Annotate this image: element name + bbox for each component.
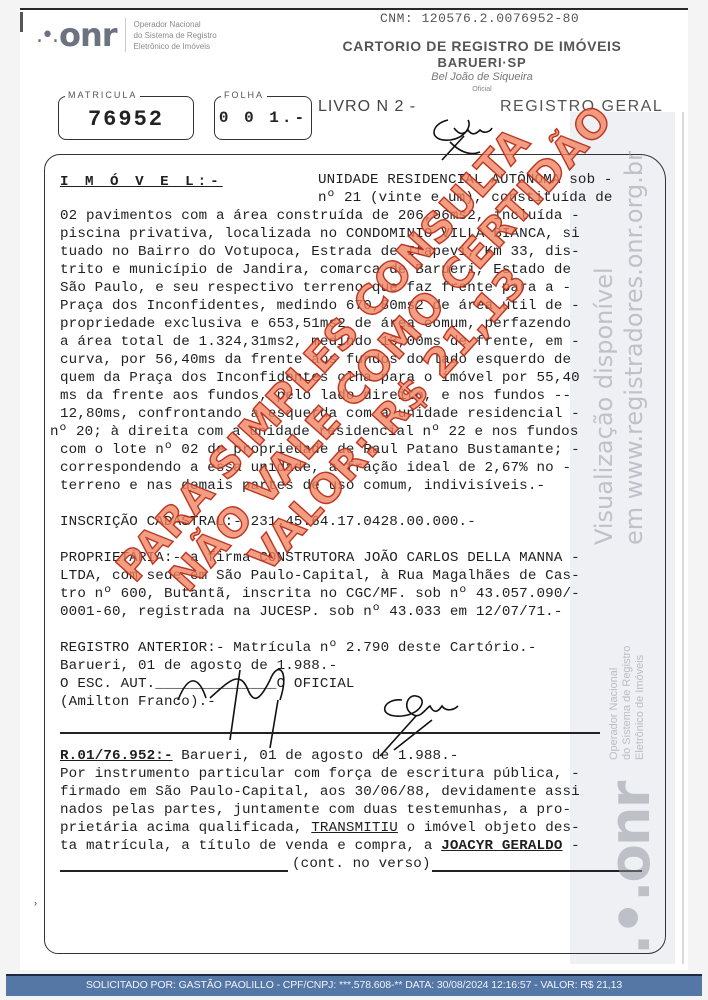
official-label: Oficial [312, 86, 652, 93]
imovel-line: a área total de 1.324,31ms2, medindo 13,… [60, 334, 580, 350]
imovel-line: 02 pavimentos com a área construída de 2… [60, 208, 580, 224]
folha-label: FOLHA [221, 90, 267, 100]
imovel-line: tuado no Bairro do Votupoca, Estrada de … [60, 244, 580, 260]
proprietaria-line: PROPRIETÁRIA:- a firma CONSTRUTORA JOÃO … [60, 550, 580, 566]
imovel-line: Praça dos Inconfidentes, medindo 670,80m… [60, 298, 580, 314]
livro-label: LIVRO N 2 - [318, 98, 416, 116]
r01-text: o imóvel objeto des- [398, 820, 580, 836]
r01-text: - [563, 838, 580, 854]
r01-line: prietária acima qualificada, TRANSMITIU … [60, 820, 580, 836]
availability-watermark-url: em www.registradores.onr.org.br [620, 151, 648, 545]
imovel-line: com o lote nº 02 de propriedade de Raul … [60, 442, 580, 458]
proprietaria-line: 0001-60, registrada na JUCESP. sob nº 43… [60, 604, 563, 620]
imovel-line: correspondendo a essa unidade, a fração … [60, 460, 571, 476]
buyer-name: JOACYR GERALDO [441, 838, 562, 854]
page-right-rule [682, 112, 684, 964]
imovel-line: São Paulo, e seu respectivo terreno que … [60, 280, 571, 296]
imovel-line: piscina privativa, localizada no CONDOMI… [60, 226, 580, 242]
registro-geral-label: REGISTRO GERAL [500, 98, 663, 116]
r01-line: Por instrumento particular com força de … [60, 766, 580, 782]
onr-caption-line: Operador Nacional [134, 19, 217, 30]
r01-line: ta matrícula, a título de venda e compra… [60, 838, 580, 854]
matricula-value: 76952 [59, 107, 193, 132]
imovel-line: nº 20; à direita com a unidade residenci… [50, 424, 579, 440]
imovel-line: curva, por 56,40ms da frente aos fundos … [60, 352, 571, 368]
imovel-line: trito e município de Jandira, comarca de… [60, 262, 571, 278]
page-edge-mark [20, 12, 23, 32]
r01-label: R.01/76.952:- [60, 748, 173, 764]
onr-caption-line: Eletrônico de Imóveis [134, 41, 217, 52]
r01-text: ta matrícula, a título de venda e compra… [60, 838, 441, 854]
r01-text: prietária acima qualificada, [60, 820, 311, 836]
logo-separator [125, 18, 126, 52]
imovel-label: I M Ó V E L:- [60, 174, 223, 190]
imovel-line: ms da frente aos fundos, pelo lado direi… [60, 388, 571, 404]
proprietaria-line: tro nº 600, Butantã, inscrita no CGC/MF.… [60, 586, 580, 602]
side-caption-line: do Sistema de Registro [621, 646, 634, 760]
r01-date: Barueri, 01 de agosto de 1.988.- [173, 748, 459, 764]
r01-line: firmado em São Paulo-Capital, aos 30/06/… [60, 784, 580, 800]
r01-header: R.01/76.952:- Barueri, 01 de agosto de 1… [60, 748, 459, 764]
onr-dots-icon: .•. [36, 23, 57, 48]
cnm-code: CNM: 120576.2.0076952-80 [380, 11, 579, 26]
side-caption-line: Eletrônico de Imóveis [634, 646, 647, 760]
onr-wordmark: onr [59, 19, 117, 51]
registry-title: CARTORIO DE REGISTRO DE IMÓVEIS [312, 38, 652, 54]
registry-city: BARUERI·SP [312, 55, 652, 70]
margin-tick: › [34, 898, 37, 908]
side-onr-logo: .•.onr [598, 783, 663, 955]
matricula-label: MATRICULA [65, 90, 140, 100]
side-caption-line: Operador Nacional [608, 646, 621, 760]
section-divider [60, 732, 600, 734]
official-name: Bel João de Siqueira [312, 71, 652, 83]
escrevente-signature-icon [170, 640, 320, 750]
imovel-line: propriedade exclusiva e 653,51ms2 de áre… [60, 316, 571, 332]
onr-caption: Operador Nacional do Sistema de Registro… [134, 19, 217, 52]
matricula-box: MATRICULA 76952 [58, 96, 194, 140]
r01-line: nados pelas partes, juntamente com duas … [60, 802, 571, 818]
folha-value: 0 0 1.- [215, 109, 311, 127]
imovel-line: UNIDADE RESIDENCIAL AUTÔNOMA sob - [318, 172, 613, 188]
onr-caption-line: do Sistema de Registro [134, 30, 217, 41]
transmitiu-text: TRANSMITIU [311, 820, 398, 836]
proprietaria-line: LTDA, com sede em São Paulo-Capital, à R… [60, 568, 580, 584]
cont-rule-left [60, 870, 288, 872]
imovel-line: nº 21 (vinte e um), constituída de [318, 190, 613, 206]
imovel-line: terreno e nas demais partes de uso comum… [60, 478, 545, 494]
inscricao-cadastral: INSCRIÇÃO CADASTRAL:- 231.45.64.17.0428.… [60, 514, 476, 530]
request-footer-bar: SOLICITADO POR: GASTÃO PAOLILLO - CPF/CN… [6, 974, 702, 996]
folha-box: FOLHA 0 0 1.- [214, 96, 312, 140]
continued-note: (cont. no verso) [292, 856, 431, 872]
onr-logo: .•. onr Operador Nacional do Sistema de … [36, 18, 217, 52]
imovel-line: 12,80ms, confrontando a esquerda com a u… [60, 406, 580, 422]
imovel-line: quem da Praça dos Inconfidentes olha par… [60, 370, 580, 386]
side-onr-caption: Operador Nacional do Sistema de Registro… [608, 646, 647, 760]
availability-watermark: Visualização disponível [590, 267, 618, 545]
